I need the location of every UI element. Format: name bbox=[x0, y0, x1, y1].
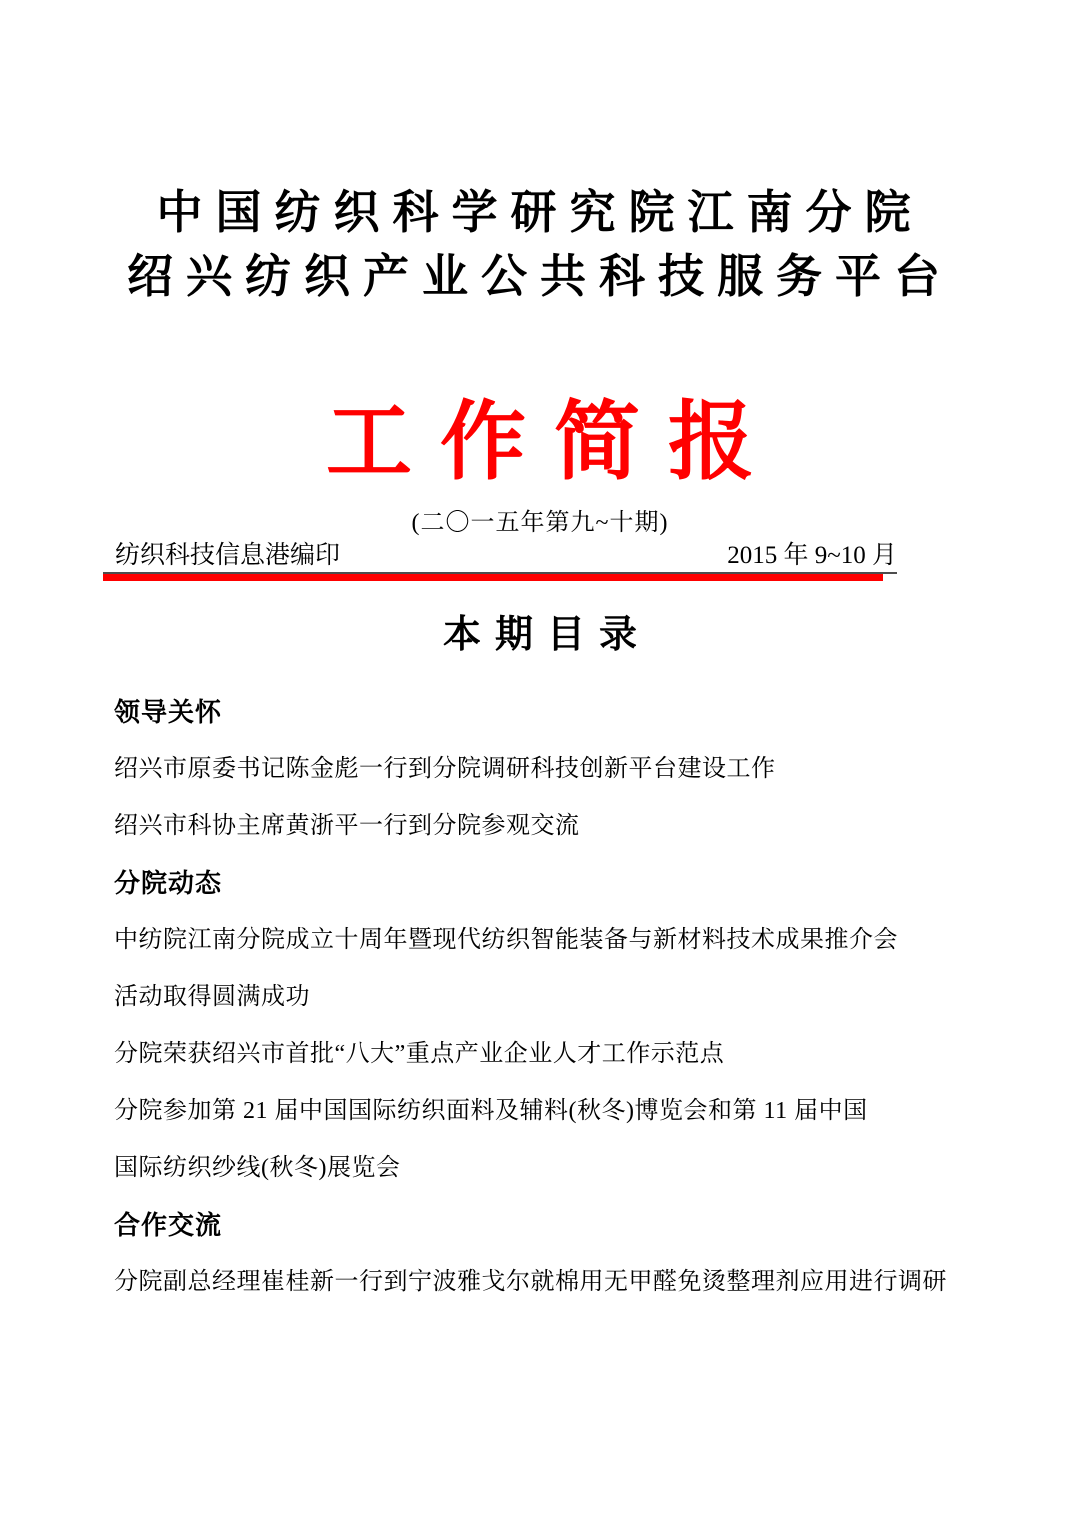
toc-item: 中纺院江南分院成立十周年暨现代纺织智能装备与新材料技术成果推介会 bbox=[114, 925, 980, 955]
toc-list: 领导关怀绍兴市原委书记陈金彪一行到分院调研科技创新平台建设工作绍兴市科协主席黄浙… bbox=[114, 697, 1080, 1297]
org-title-line-2: 绍兴纺织产业公共科技服务平台 bbox=[0, 244, 1080, 308]
toc-item: 绍兴市原委书记陈金彪一行到分院调研科技创新平台建设工作 bbox=[114, 754, 980, 784]
issue-date: 2015 年 9~10 月 bbox=[727, 540, 897, 572]
toc-section-heading: 分院动态 bbox=[114, 868, 980, 898]
toc-item: 活动取得圆满成功 bbox=[114, 982, 980, 1012]
bulletin-title: 工作简报 bbox=[0, 396, 1080, 488]
toc-title: 本期目录 bbox=[0, 611, 1080, 657]
toc-item: 分院副总经理崔桂新一行到宁波雅戈尔就棉用无甲醛免烫整理剂应用进行调研 bbox=[114, 1267, 980, 1297]
document-page: 中国纺织科学研究院江南分院 绍兴纺织产业公共科技服务平台 工作简报 (二〇一五年… bbox=[0, 0, 1080, 1527]
toc-section-heading: 合作交流 bbox=[114, 1210, 980, 1240]
toc-section-heading: 领导关怀 bbox=[114, 697, 980, 727]
org-title-line-1: 中国纺织科学研究院江南分院 bbox=[0, 180, 1080, 244]
issue-number: (二〇一五年第九~十期) bbox=[0, 508, 1080, 538]
toc-item: 绍兴市科协主席黄浙平一行到分院参观交流 bbox=[114, 811, 980, 841]
toc-item: 分院荣获绍兴市首批“八大”重点产业企业人才工作示范点 bbox=[114, 1039, 980, 1069]
red-divider-rule bbox=[103, 574, 883, 581]
dateline-row: 纺织科技信息港编印 2015 年 9~10 月 bbox=[103, 540, 897, 574]
org-header: 中国纺织科学研究院江南分院 绍兴纺织产业公共科技服务平台 bbox=[0, 0, 1080, 308]
toc-item: 国际纺织纱线(秋冬)展览会 bbox=[114, 1153, 980, 1183]
publisher-label: 纺织科技信息港编印 bbox=[103, 540, 340, 572]
toc-item: 分院参加第 21 届中国国际纺织面料及辅料(秋冬)博览会和第 11 届中国 bbox=[114, 1096, 980, 1126]
